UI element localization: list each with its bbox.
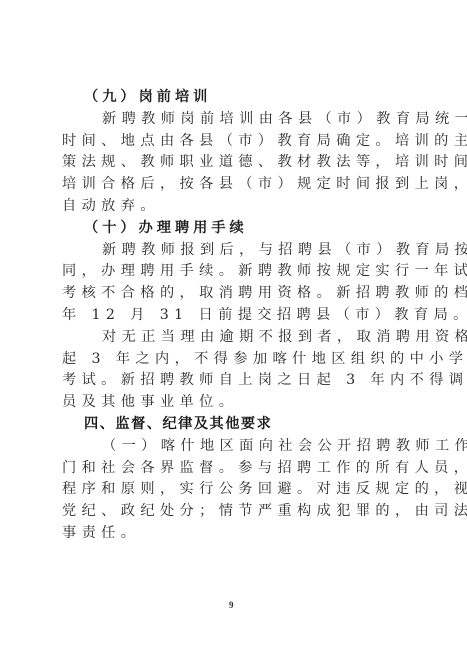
paragraph-line: 时间、地点由各县（市）教育局确定。培训的主要内容为教育政 xyxy=(62,131,408,153)
page-number: 9 xyxy=(229,600,234,610)
paragraph-line: 门和社会各界监督。参与招聘工作的所有人员，严格执行规定的 xyxy=(62,458,408,480)
section-heading-9: （九）岗前培训 xyxy=(62,87,408,109)
paragraph-line: 自动放弃。 xyxy=(62,196,408,218)
paragraph-line: 党纪、政纪处分；情节严重构成犯罪的，由司法机关依法追究刑 xyxy=(62,501,408,523)
page-body: （九）岗前培训 新聘教师岗前培训由各县（市）教育局统一组织，具体培训 时间、地点… xyxy=(62,87,408,545)
paragraph-line: 同，办理聘用手续。新聘教师按规定实行一年试用期，试用期满 xyxy=(62,261,408,283)
paragraph-line: 培训合格后，按各县（市）规定时间报到上岗，逾期不到者视为 xyxy=(62,174,408,196)
paragraph-line: 事责任。 xyxy=(62,523,408,545)
paragraph-line: 员及其他事业单位。 xyxy=(62,392,408,414)
chapter-heading-4: 四、监督、纪律及其他要求 xyxy=(62,414,408,436)
paragraph-line: 考试。新招聘教师自上岗之日起 3 年内不得调动，不得报考公务 xyxy=(62,370,408,392)
paragraph-line: 程序和原则，实行公务回避。对违反规定的，视情节轻重，给予 xyxy=(62,479,408,501)
paragraph-line: 考核不合格的，取消聘用资格。新招聘教师的档案必须在 2022 xyxy=(62,283,408,305)
section-heading-10: （十）办理聘用手续 xyxy=(62,218,408,240)
paragraph-line: 起 3 年之内，不得参加喀什地区组织的中小学、幼儿园教师招聘 xyxy=(62,349,408,371)
paragraph-line: 策法规、教师职业道德、教材教法等，培训时间不少于 80 学时。 xyxy=(62,152,408,174)
paragraph-line: 新聘教师报到后，与招聘县（市）教育局按规定签订聘用合 xyxy=(62,240,408,262)
paragraph-line: 新聘教师岗前培训由各县（市）教育局统一组织，具体培训 xyxy=(62,109,408,131)
paragraph-line: 年 12 月 31 日前提交招聘县（市）教育局。 xyxy=(62,305,408,327)
paragraph-line: 对无正当理由逾期不报到者，取消聘用资格，且自报考当年 xyxy=(62,327,408,349)
paragraph-line: （一）喀什地区面向社会公开招聘教师工作接受纪检监察部 xyxy=(62,436,408,458)
document-page: （九）岗前培训 新聘教师岗前培训由各县（市）教育局统一组织，具体培训 时间、地点… xyxy=(0,0,467,661)
